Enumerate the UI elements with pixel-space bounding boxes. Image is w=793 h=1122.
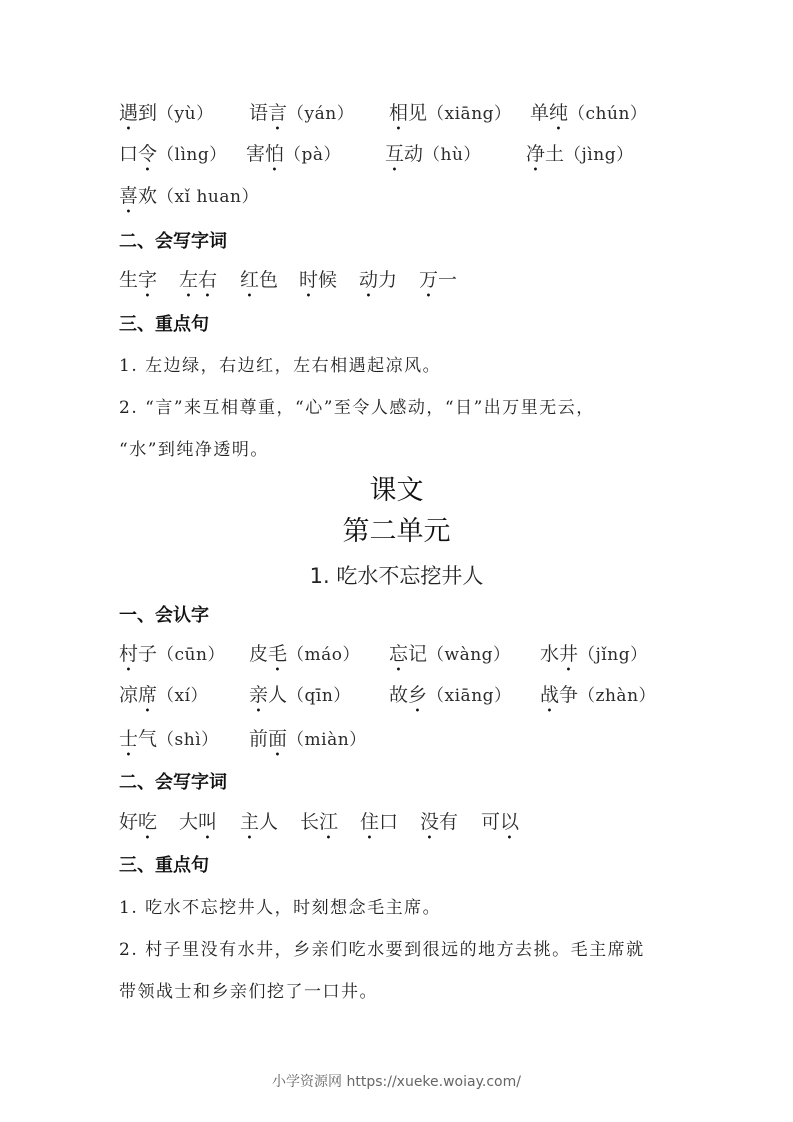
char-emphasized: 村 [119, 643, 138, 665]
pinyin: （máo） [287, 645, 360, 665]
char: 长 [300, 811, 319, 833]
write-word: 大叫 [179, 810, 217, 844]
char: 可 [481, 811, 500, 833]
write-word: 主人 [240, 810, 278, 844]
vocab-item: 相见（xiāng） [389, 101, 512, 135]
write-word: 住口 [360, 810, 398, 844]
vocab-item: 净土（jìng） [526, 142, 634, 176]
char-emphasized: 席 [138, 684, 157, 706]
key-sentence: 1. 左边绿，右边红，左右相遇起凉风。 [119, 355, 441, 377]
pinyin: （jǐng） [578, 645, 648, 665]
pinyin: （wàng） [427, 645, 511, 665]
unit-title: 第二单元 [0, 515, 793, 549]
char-emphasized: 叫 [198, 811, 217, 833]
char: 好 [119, 811, 138, 833]
char: 故 [389, 684, 408, 706]
char: 生 [119, 269, 138, 291]
char: 见 [408, 102, 427, 124]
vocab-item: 战争（zhàn） [540, 683, 656, 717]
char-emphasized: 面 [268, 728, 287, 750]
pinyin: （qīn） [287, 686, 351, 706]
char: 凉 [119, 684, 138, 706]
char: 语 [249, 102, 268, 124]
key-sentence: 2. “言”来互相尊重，“心”至令人感动，“日”出万里无云， [119, 397, 595, 419]
vocab-item: 喜欢（xǐ huan） [119, 184, 259, 218]
vocab-item: 语言（yán） [249, 101, 354, 135]
char: 土 [545, 143, 564, 165]
write-word: 动力 [359, 268, 397, 302]
char-emphasized: 忘 [389, 643, 408, 665]
vocab-item: 村子（cūn） [119, 642, 225, 676]
char: 水 [540, 643, 559, 665]
char-emphasized: 动 [359, 269, 378, 291]
char: 到 [138, 102, 157, 124]
write-word: 好吃 [119, 810, 157, 844]
vocab-item: 遇到（yù） [119, 101, 214, 135]
char: 力 [378, 269, 397, 291]
char-emphasized: 井 [559, 643, 578, 665]
char-emphasized: 住 [360, 811, 379, 833]
char-emphasized: 左 [179, 269, 198, 291]
pinyin: （xí） [157, 686, 208, 706]
char-emphasized: 字 [138, 269, 157, 291]
char: 色 [259, 269, 278, 291]
key-sentence: 1. 吃水不忘挖井人，时刻想念毛主席。 [119, 897, 441, 919]
pinyin: （miàn） [287, 730, 367, 750]
char: 口 [379, 811, 398, 833]
section-heading: 二、会写字词 [119, 772, 227, 794]
char-emphasized: 吃 [138, 811, 157, 833]
section-title: 课文 [0, 474, 793, 508]
pinyin: （shì） [157, 730, 219, 750]
vocab-item: 忘记（wàng） [389, 642, 511, 676]
pinyin: （cūn） [157, 645, 225, 665]
section-heading: 三、重点句 [119, 855, 209, 877]
char-emphasized: 喜 [119, 185, 138, 207]
pinyin: （pà） [284, 145, 341, 165]
char: 人 [268, 684, 287, 706]
char: 大 [179, 811, 198, 833]
char-emphasized: 净 [526, 143, 545, 165]
char: 害 [246, 143, 265, 165]
lesson-title: 1. 吃水不忘挖井人 [0, 562, 793, 590]
char: 前 [249, 728, 268, 750]
write-word: 左右 [179, 268, 217, 302]
char-emphasized: 右 [198, 269, 217, 291]
char: 有 [439, 811, 458, 833]
pinyin: （zhàn） [578, 686, 656, 706]
char-emphasized: 乡 [408, 684, 427, 706]
char: 欢 [138, 185, 157, 207]
write-word: 红色 [240, 268, 278, 302]
vocab-item: 水井（jǐng） [540, 642, 648, 676]
section-heading: 二、会写字词 [119, 231, 227, 253]
write-word: 没有 [420, 810, 458, 844]
key-sentence: 带领战士和乡亲们挖了一口井。 [119, 981, 378, 1003]
vocab-item: 皮毛（máo） [249, 642, 360, 676]
vocab-item: 害怕（pà） [246, 142, 341, 176]
write-word: 万一 [419, 268, 457, 302]
char: 气 [138, 728, 157, 750]
char-emphasized: 令 [138, 143, 157, 165]
vocab-item: 口令（lìng） [119, 142, 227, 176]
char-emphasized: 红 [240, 269, 259, 291]
char-emphasized: 江 [319, 811, 338, 833]
char: 动 [404, 143, 423, 165]
char: 候 [318, 269, 337, 291]
section-heading: 一、会认字 [119, 605, 209, 627]
char-emphasized: 以 [500, 811, 519, 833]
key-sentence: “水”到纯净透明。 [119, 439, 269, 461]
vocab-item: 互动（hù） [385, 142, 481, 176]
section-heading: 三、重点句 [119, 314, 209, 336]
char-emphasized: 怕 [265, 143, 284, 165]
char: 人 [259, 811, 278, 833]
char-emphasized: 纯 [549, 102, 568, 124]
write-word: 时候 [299, 268, 337, 302]
char-emphasized: 万 [419, 269, 438, 291]
pinyin: （hù） [423, 145, 481, 165]
vocab-item: 前面（miàn） [249, 727, 367, 761]
vocab-item: 单纯（chún） [530, 101, 647, 135]
char-emphasized: 言 [268, 102, 287, 124]
pinyin: （xiāng） [427, 686, 512, 706]
char-emphasized: 互 [385, 143, 404, 165]
vocab-item: 亲人（qīn） [249, 683, 351, 717]
pinyin: （jìng） [564, 145, 634, 165]
document-page: 遇到（yù） 语言（yán） 相见（xiāng） 单纯（chún） 口令（lìn… [0, 0, 793, 1122]
char-emphasized: 遇 [119, 102, 138, 124]
pinyin: （xǐ huan） [157, 187, 259, 207]
char: 一 [438, 269, 457, 291]
char: 争 [559, 684, 578, 706]
write-word: 可以 [481, 810, 519, 844]
pinyin: （chún） [568, 104, 647, 124]
vocab-item: 士气（shì） [119, 727, 219, 761]
write-word: 生字 [119, 268, 157, 302]
char: 口 [119, 143, 138, 165]
pinyin: （yán） [287, 104, 354, 124]
char-emphasized: 主 [240, 811, 259, 833]
char-emphasized: 战 [540, 684, 559, 706]
vocab-item: 故乡（xiāng） [389, 683, 512, 717]
key-sentence: 2. 村子里没有水井，乡亲们吃水要到很远的地方去挑。毛主席就 [119, 939, 645, 961]
pinyin: （lìng） [157, 145, 227, 165]
char: 记 [408, 643, 427, 665]
char-emphasized: 士 [119, 728, 138, 750]
char-emphasized: 亲 [249, 684, 268, 706]
char-emphasized: 没 [420, 811, 439, 833]
pinyin: （xiāng） [427, 104, 512, 124]
footer-watermark: 小学资源网 https://xueke.woiay.com/ [0, 1071, 793, 1091]
char-emphasized: 时 [299, 269, 318, 291]
char-emphasized: 相 [389, 102, 408, 124]
char: 单 [530, 102, 549, 124]
char: 皮 [249, 643, 268, 665]
pinyin: （yù） [157, 104, 214, 124]
write-word: 长江 [300, 810, 338, 844]
char-emphasized: 毛 [268, 643, 287, 665]
vocab-item: 凉席（xí） [119, 683, 208, 717]
char: 子 [138, 643, 157, 665]
